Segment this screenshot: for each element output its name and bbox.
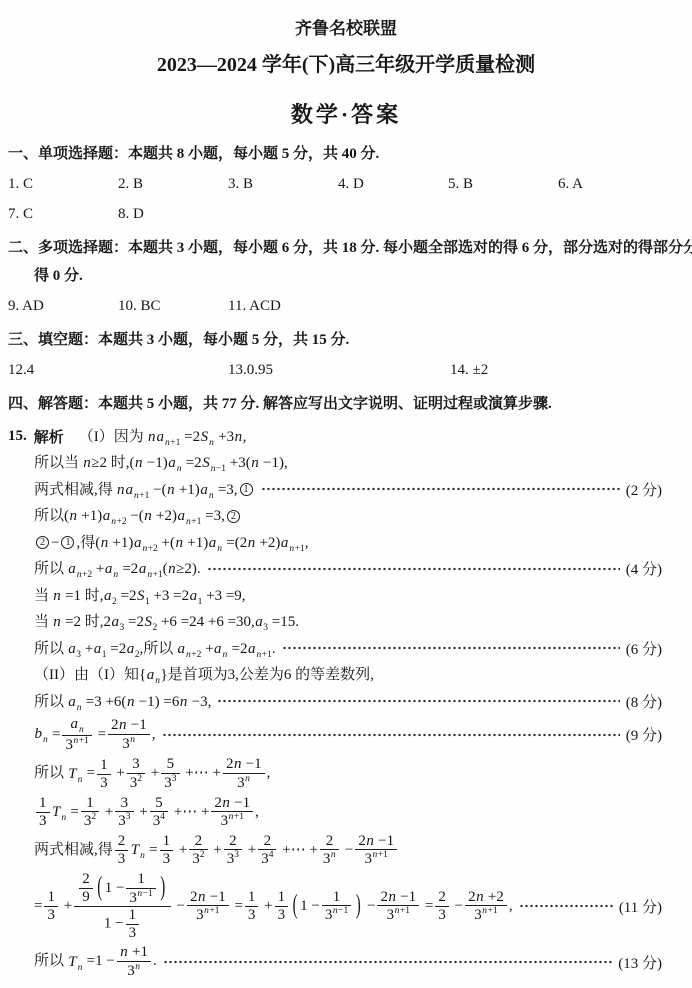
solution-line: 当 n =1 时,a2 =2S1 +3 =2a1 +3 =9, <box>8 583 684 607</box>
score-label: (2 分) <box>626 479 662 500</box>
analysis-label: 解析 <box>34 426 64 447</box>
dotted-leader <box>163 959 613 965</box>
solution-line: =13 +29(1 −13n−1)1 −13 −2n −13n+1 =13 +1… <box>8 871 684 942</box>
solution-line: 所以(n +1)an+2 −(n +2)an+1 =3,2 <box>8 504 684 528</box>
multi-choice-answers-row: 9. AD 10. BC 11. ACD <box>8 298 684 315</box>
multi-choice-title: 二、多项选择题：本题共 3 小题，每小题 6 分，共 18 分. 每小题全部选对… <box>8 236 684 257</box>
math-text: 当 n =2 时,2a3 =2S2 +6 =24 +6 =30,a3 =15. <box>34 610 299 633</box>
math-text: （I）因为 nan+1 =2Sn +3n, <box>79 425 247 448</box>
dotted-leader <box>261 486 620 492</box>
score-label: (8 分) <box>626 691 662 712</box>
math-text: 所以 an =3 +6(n −1) =6n −3, <box>34 690 211 713</box>
single-choice-title: 一、单项选择题：本题共 8 小题，每小题 5 分，共 40 分. <box>8 142 684 163</box>
solution-line: 两式相减,得 nan+1 −(n +1)an =3,1 (2 分) <box>8 477 684 501</box>
math-text: （II）由（I）知{an}是首项为3,公差为6 的等差数列, <box>34 663 374 686</box>
fill-blank-answers-row: 12.4 13.0.95 14. ±2 <box>8 362 684 379</box>
dotted-leader <box>217 698 619 704</box>
math-text: =13 +29(1 −13n−1)1 −13 −2n −13n+1 =13 +1… <box>34 871 513 942</box>
solution-line: 13Tn =132 +333 +534 +⋯ +2n −13n+1, <box>8 795 684 831</box>
exam-title: 2023—2024 学年(下)高三年级开学质量检测 <box>8 48 684 77</box>
subject-answer-title: 数学·答案 <box>8 98 684 129</box>
fill-blank-title: 三、填空题：本题共 3 小题，每小题 5 分，共 15 分. <box>8 328 684 349</box>
solution-line: 当 n =2 时,2a3 =2S2 +6 =24 +6 =30,a3 =15. <box>8 610 684 634</box>
answer-item: 13.0.95 <box>228 362 450 379</box>
solution-line: 15. 解析 （I）因为 nan+1 =2Sn +3n, <box>8 424 684 448</box>
answer-item: 3. B <box>228 176 338 193</box>
math-text: 所以当 n≥2 时,(n −1)an =2Sn−1 +3(n −1), <box>34 451 288 474</box>
solution-line: 所以 Tn =13 +332 +533 +⋯ +2n −13n, <box>8 756 684 792</box>
math-text: 所以 a3 +a1 =2a2,所以 an+2 +an =2an+1. <box>34 637 276 660</box>
math-text: 所以 Tn =13 +332 +533 +⋯ +2n −13n, <box>34 756 270 792</box>
answer-item: 7. C <box>8 206 118 223</box>
math-text: 所以(n +1)an+2 −(n +2)an+1 =3,2 <box>34 504 242 527</box>
section-multi-choice: 二、多项选择题：本题共 3 小题，每小题 6 分，共 18 分. 每小题全部选对… <box>8 236 684 315</box>
answer-key-page: 齐鲁名校联盟 2023—2024 学年(下)高三年级开学质量检测 数学·答案 一… <box>0 0 692 988</box>
league-title: 齐鲁名校联盟 <box>8 14 684 39</box>
dotted-leader <box>162 732 620 738</box>
score-label: (6 分) <box>626 638 662 659</box>
problem-15-solution: 15. 解析 （I）因为 nan+1 =2Sn +3n, 所以当 n≥2 时,(… <box>8 424 684 980</box>
section-single-choice: 一、单项选择题：本题共 8 小题，每小题 5 分，共 40 分. 1. C 2.… <box>8 142 684 223</box>
answer-item: 8. D <box>118 206 228 223</box>
math-text: 13Tn =132 +333 +534 +⋯ +2n −13n+1, <box>34 795 259 831</box>
dotted-leader <box>282 645 620 651</box>
multi-choice-title-continued: 得 0 分. <box>8 264 684 285</box>
solution-line: bn =an3n+1 =2n −13n, (9 分) <box>8 716 684 754</box>
answer-item: 10. BC <box>118 298 228 315</box>
math-text: 两式相减,得 nan+1 −(n +1)an =3,1 <box>34 478 255 501</box>
solution-line: 所以 an+2 +an =2an+1(n≥2). (4 分) <box>8 557 684 581</box>
section-free-response: 四、解答题：本题共 5 小题，共 77 分. 解答应写出文字说明、证明过程或演算… <box>8 392 684 413</box>
dotted-leader <box>519 903 613 909</box>
score-label: (11 分) <box>619 896 662 917</box>
math-text: 当 n =1 时,a2 =2S1 +3 =2a1 +3 =9, <box>34 584 246 607</box>
answer-item: 1. C <box>8 176 118 193</box>
answer-item: 6. A <box>558 176 668 193</box>
math-text: 所以 Tn =1 −n +13n. <box>34 944 157 980</box>
section-fill-blank: 三、填空题：本题共 3 小题，每小题 5 分，共 15 分. 12.4 13.0… <box>8 328 684 379</box>
answer-item: 12.4 <box>8 362 228 379</box>
document-header: 齐鲁名校联盟 2023—2024 学年(下)高三年级开学质量检测 数学·答案 <box>8 14 684 129</box>
answer-key-content: 一、单项选择题：本题共 8 小题，每小题 5 分，共 40 分. 1. C 2.… <box>8 142 684 980</box>
answer-item: 9. AD <box>8 298 118 315</box>
math-text: 两式相减,得23Tn =13 +232 +233 +234 +⋯ +23n −2… <box>34 833 399 869</box>
math-text: 所以 an+2 +an =2an+1(n≥2). <box>34 557 201 580</box>
score-label: (4 分) <box>626 558 662 579</box>
single-choice-answers-row-1: 1. C 2. B 3. B 4. D 5. B 6. A <box>8 176 684 193</box>
math-text: bn =an3n+1 =2n −13n, <box>34 716 156 754</box>
solution-line: 所以当 n≥2 时,(n −1)an =2Sn−1 +3(n −1), <box>8 451 684 475</box>
free-response-title: 四、解答题：本题共 5 小题，共 77 分. 解答应写出文字说明、证明过程或演算… <box>8 392 684 413</box>
answer-item: 2. B <box>118 176 228 193</box>
solution-line: 所以 an =3 +6(n −1) =6n −3, (8 分) <box>8 689 684 713</box>
solution-line: （II）由（I）知{an}是首项为3,公差为6 的等差数列, <box>8 663 684 687</box>
score-label: (9 分) <box>626 724 662 745</box>
answer-item: 5. B <box>448 176 558 193</box>
solution-line: 所以 Tn =1 −n +13n. (13 分) <box>8 944 684 980</box>
dotted-leader <box>207 566 620 572</box>
answer-item: 14. ±2 <box>450 362 488 379</box>
score-label: (13 分) <box>618 952 662 973</box>
solution-line: 两式相减,得23Tn =13 +232 +233 +234 +⋯ +23n −2… <box>8 833 684 869</box>
single-choice-answers-row-2: 7. C 8. D <box>8 206 684 223</box>
answer-item: 4. D <box>338 176 448 193</box>
answer-item: 11. ACD <box>228 298 338 315</box>
question-number: 15. <box>8 428 27 445</box>
solution-line: 2−1,得(n +1)an+2 +(n +1)an =(2n +2)an+1, <box>8 530 684 554</box>
solution-line: 所以 a3 +a1 =2a2,所以 an+2 +an =2an+1. (6 分) <box>8 636 684 660</box>
math-text: 2−1,得(n +1)an+2 +(n +1)an =(2n +2)an+1, <box>34 531 309 554</box>
